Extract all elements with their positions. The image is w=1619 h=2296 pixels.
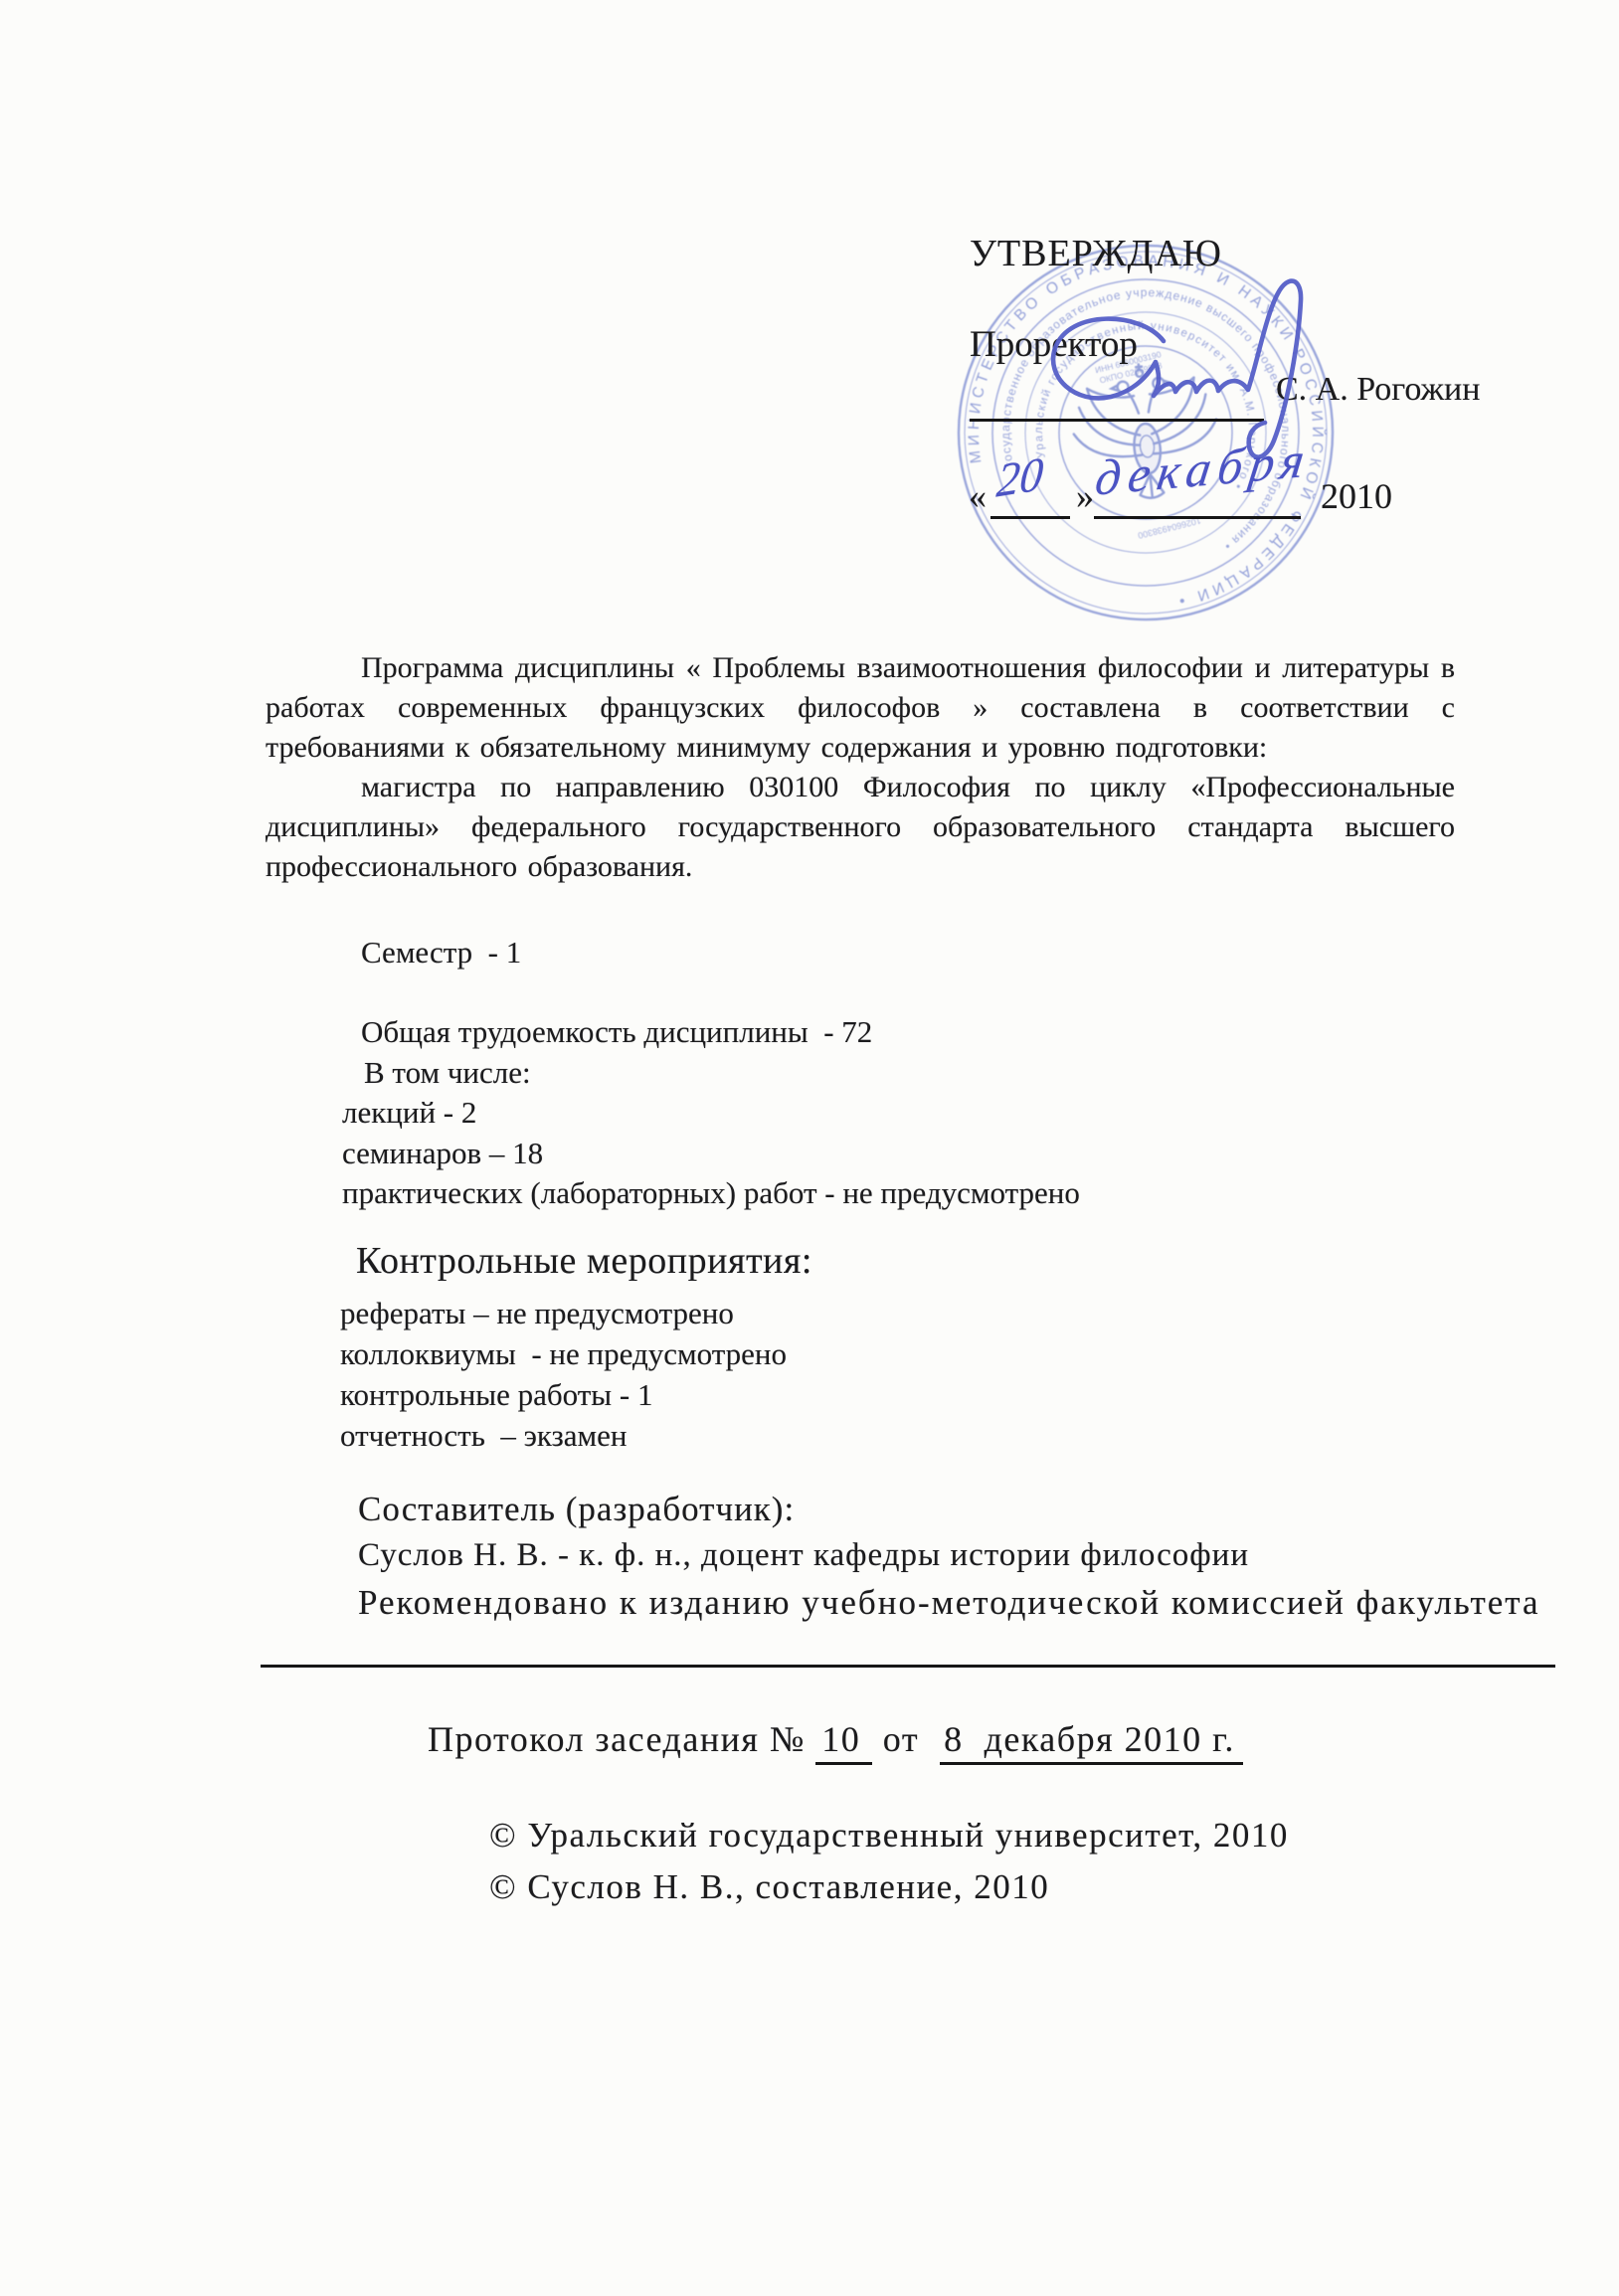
workload-line: Общая трудоемкость дисциплины - 72 — [361, 1014, 872, 1050]
lectures-line: лекций - 2 — [342, 1095, 476, 1131]
tests-line: контрольные работы - 1 — [340, 1377, 652, 1413]
date-close-quote: » — [1076, 475, 1094, 517]
author-line: Суслов Н. В. - к. ф. н., доцент кафедры … — [358, 1537, 1249, 1574]
colloquia-line: коллоквиумы - не предусмотрено — [340, 1336, 787, 1372]
protocol-number: 10 — [815, 1719, 872, 1765]
including-line: В том числе: — [364, 1055, 531, 1091]
date-day-line — [990, 516, 1070, 519]
authors-heading: Составитель (разработчик): — [358, 1490, 795, 1529]
intro-paragraph-2: магистра по направлению 030100 Философия… — [266, 768, 1455, 887]
handwritten-day: 20 — [994, 446, 1045, 509]
scanned-document-page: МИНИСТЕРСТВО ОБРАЗОВАНИЯ И НАУКИ РОССИЙС… — [0, 0, 1619, 2296]
intro-paragraph-1: Программа дисциплины « Проблемы взаимоот… — [266, 648, 1455, 768]
recommendation-line: Рекомендовано к изданию учебно-методичес… — [358, 1583, 1540, 1623]
date-year: 2010 — [1321, 475, 1392, 517]
date-month-line — [1094, 516, 1301, 519]
protocol-conjunction: от — [883, 1719, 919, 1759]
protocol-prefix: Протокол заседания № — [428, 1719, 806, 1759]
signature-stroke — [1053, 281, 1301, 457]
protocol-date: 8 декабря 2010 г. — [940, 1719, 1243, 1765]
section-divider-line — [261, 1665, 1555, 1668]
reporting-line: отчетность – экзамен — [340, 1418, 628, 1454]
essays-line: рефераты – не предусмотрено — [340, 1296, 734, 1331]
practical-works-line: практических (лабораторных) работ - не п… — [342, 1175, 1080, 1211]
semester-line: Семестр - 1 — [361, 935, 521, 971]
seminars-line: семинаров – 18 — [342, 1136, 543, 1171]
copyright-line-university: © Уральский государственный университет,… — [489, 1816, 1289, 1855]
protocol-line: Протокол заседания № 10 от 8 декабря 201… — [386, 1677, 1243, 1802]
control-activities-heading: Контрольные мероприятия: — [356, 1239, 812, 1283]
date-open-quote: « — [969, 475, 987, 517]
intro-paragraphs: Программа дисциплины « Проблемы взаимоот… — [266, 648, 1455, 887]
copyright-line-author: © Суслов Н. В., составление, 2010 — [489, 1867, 1049, 1907]
